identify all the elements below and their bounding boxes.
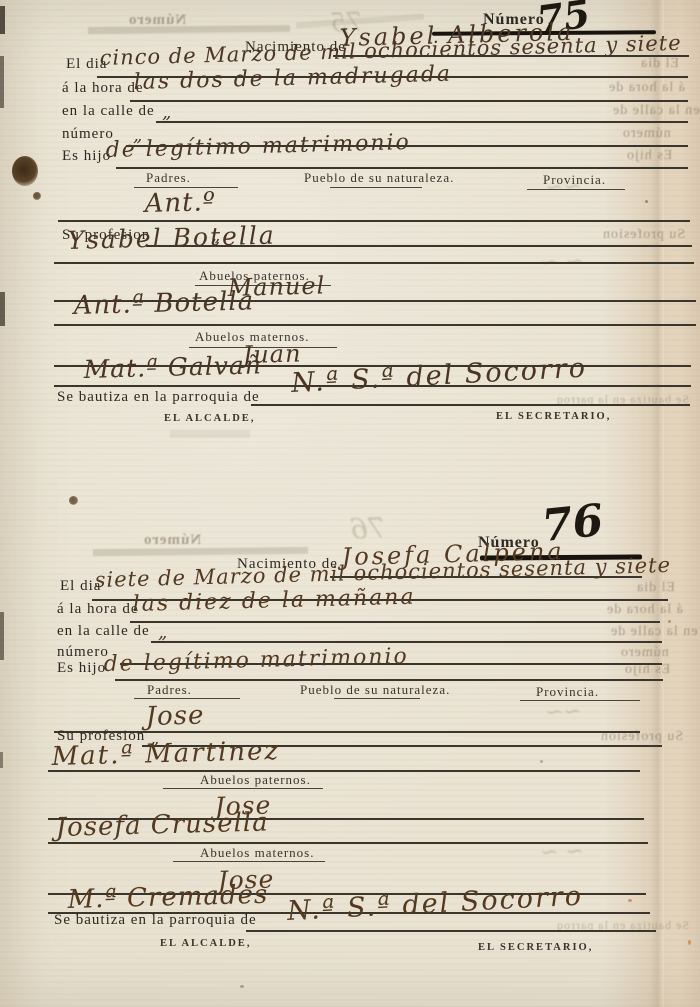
calle-label: en la calle de xyxy=(57,623,150,640)
paper-speck xyxy=(688,940,691,945)
writing-line xyxy=(156,121,688,123)
padres-header: Padres. xyxy=(147,682,192,698)
paper-speck xyxy=(240,985,244,988)
calle-value: „ xyxy=(158,622,167,643)
bleedthrough-text: número xyxy=(622,126,671,142)
header-underline xyxy=(527,189,625,190)
madre-value: Mat.ª Martinez xyxy=(51,736,280,772)
birth-registry-scan: Número 75 El dia á la hora de en la call… xyxy=(0,0,700,1007)
header-underline xyxy=(134,698,240,699)
paper-speck xyxy=(628,899,632,902)
bleedthrough-text: Número xyxy=(143,532,201,549)
bleedthrough-band xyxy=(170,430,250,438)
provincia-header: Provincia. xyxy=(536,684,599,700)
header-underline xyxy=(173,861,325,862)
writing-line xyxy=(246,930,656,932)
alcalde-label: EL ALCALDE, xyxy=(164,413,255,424)
writing-line xyxy=(130,100,688,102)
bleedthrough-text: en la calle de xyxy=(610,624,697,640)
writing-line xyxy=(130,621,660,623)
writing-line xyxy=(151,641,662,643)
header-underline xyxy=(163,788,323,789)
abuela-materna-value: Mat.ª Galvañ xyxy=(83,350,262,384)
abuelos-paternos-header: Abuelos paternos. xyxy=(200,772,311,788)
writing-line xyxy=(48,842,648,844)
bleedthrough-text: á la hora de xyxy=(608,80,685,96)
scan-edge-mark xyxy=(0,612,4,660)
hijo-value: de legítimo matrimonio xyxy=(105,130,411,163)
abuela-paterna-value: Ant.ª Botella xyxy=(73,286,254,321)
bleedthrough-text: Es hijo xyxy=(626,148,672,164)
writing-line xyxy=(54,262,694,264)
padre-value: Ant.º xyxy=(144,187,216,219)
bautiza-label: Se bautiza en la parroquia de xyxy=(57,389,260,406)
bautiza-label: Se bautiza en la parroquia de xyxy=(54,912,257,929)
scan-edge-mark xyxy=(0,6,5,34)
hijo-value: de legítimo matrimonio xyxy=(103,644,409,677)
scan-edge-mark xyxy=(0,752,3,768)
hora-label: á la hora de xyxy=(62,80,144,97)
bleedthrough-text: Su profesion xyxy=(602,227,685,243)
bleedthrough-text: número xyxy=(620,645,669,661)
abuelos-maternos-header: Abuelos maternos. xyxy=(200,845,314,861)
abuela-paterna-value: Josefa Crusella xyxy=(55,807,269,843)
paper-speck xyxy=(540,760,543,763)
header-underline xyxy=(520,700,640,701)
abuela-materna-value: M.ª Cremades xyxy=(67,880,268,915)
scan-edge-mark xyxy=(0,292,5,326)
ink-blot xyxy=(69,496,78,505)
header-underline xyxy=(334,698,420,699)
secretario-label: EL SECRETARIO, xyxy=(496,411,611,422)
hijo-label: Es hijo xyxy=(57,660,106,677)
calle-value: „ xyxy=(162,102,171,123)
bleedthrough-text: El dia xyxy=(640,56,679,72)
bleedthrough-text: en la calle de xyxy=(612,103,699,119)
bleedthrough-band xyxy=(93,547,308,556)
padres-header: Padres. xyxy=(146,170,191,186)
paper-speck xyxy=(645,200,648,203)
pueblo-header: Pueblo de su naturaleza. xyxy=(304,170,454,186)
alcalde-label: EL ALCALDE, xyxy=(160,938,251,949)
writing-line xyxy=(115,679,663,681)
bleedthrough-script: 76 xyxy=(349,511,386,545)
writing-line xyxy=(251,404,690,406)
bleedthrough-band xyxy=(88,25,290,34)
writing-line xyxy=(58,220,690,222)
writing-line xyxy=(116,167,688,169)
writing-line xyxy=(48,770,640,772)
parroquia-value: N.ª S.ª del Socorro xyxy=(290,353,587,399)
pueblo-header: Pueblo de su naturaleza. xyxy=(300,682,450,698)
calle-label: en la calle de xyxy=(62,103,155,120)
hora-label: á la hora de xyxy=(57,601,139,618)
paper-speck xyxy=(668,620,671,623)
hijo-label: Es hijo xyxy=(62,148,111,165)
header-underline xyxy=(330,187,422,188)
num-calle-label: número xyxy=(57,644,109,661)
scan-edge-mark xyxy=(0,56,4,108)
provincia-header: Provincia. xyxy=(543,172,606,188)
secretario-label: EL SECRETARIO, xyxy=(478,942,593,953)
ink-blot xyxy=(12,156,38,186)
bleedthrough-text: El dia xyxy=(636,580,675,596)
parroquia-value: N.ª S.ª del Socorro xyxy=(286,881,583,927)
writing-line xyxy=(54,324,696,326)
bleedthrough-script: ~~ xyxy=(545,699,583,725)
bleedthrough-text: á la hora de xyxy=(606,602,683,618)
ink-blot xyxy=(33,192,41,200)
madre-value: Ysabel Botella xyxy=(67,221,276,255)
